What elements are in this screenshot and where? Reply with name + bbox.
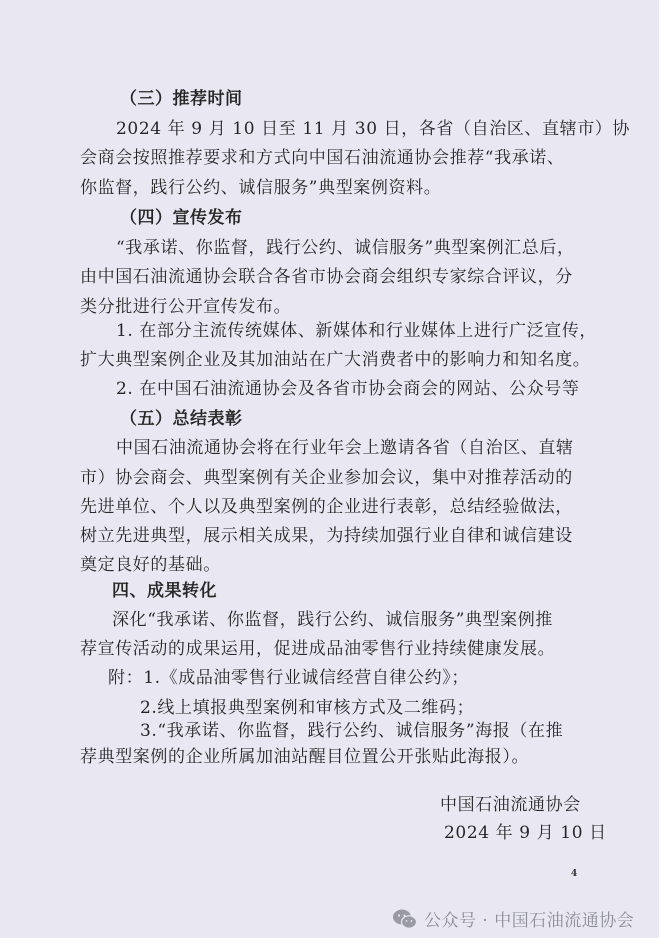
paragraph-line: 深化“我承诺、你监督，践行公约、诚信服务”典型案例推 bbox=[112, 609, 553, 631]
paragraph-line: 先进单位、个人以及典型案例的企业进行表彰，总结经验做法， bbox=[80, 496, 573, 518]
paragraph-line: 奠定良好的基础。 bbox=[80, 554, 221, 576]
section-heading-publicity: （四）宣传发布 bbox=[120, 207, 243, 229]
page-number: 4 bbox=[571, 869, 577, 879]
attachment-line: 3.“我承诺、你监督，践行公约、诚信服务”海报（在推 bbox=[140, 720, 563, 742]
attachment-line: 2.线上填报典型案例和审核方式及二维码； bbox=[140, 697, 474, 719]
paragraph-line: 类分批进行公开宣传发布。 bbox=[80, 296, 291, 318]
wechat-watermark: 公众号 · 中国石油流通协会 bbox=[392, 906, 634, 931]
paragraph-line: 2024 年 9 月 10 日至 11 月 30 日，各省（自治区、直辖市）协 bbox=[116, 118, 630, 140]
document-page: （三）推荐时间 2024 年 9 月 10 日至 11 月 30 日，各省（自治… bbox=[0, 0, 659, 938]
paragraph-line: 荐宣传活动的成果运用，促进成品油零售行业持续健康发展。 bbox=[80, 638, 555, 660]
paragraph-line: 会商会按照推荐要求和方式向中国石油流通协会推荐“我承诺、 bbox=[80, 147, 565, 169]
paragraph-line: 树立先进典型，展示相关成果，为持续加强行业自律和诚信建设 bbox=[80, 525, 573, 547]
paragraph-line: 市）协会商会、典型案例有关企业参加会议，集中对推荐活动的 bbox=[80, 467, 573, 489]
signature-date: 2024 年 9 月 10 日 bbox=[444, 822, 607, 844]
section-heading-recommend-time: （三）推荐时间 bbox=[120, 88, 243, 110]
paragraph-line: 1. 在部分主流传统媒体、新媒体和行业媒体上进行广泛宣传， bbox=[116, 320, 597, 342]
watermark-text: 公众号 · 中国石油流通协会 bbox=[424, 906, 634, 931]
wechat-icon bbox=[392, 909, 418, 929]
paragraph-line: 中国石油流通协会将在行业年会上邀请各省（自治区、直辖 bbox=[116, 437, 574, 459]
paragraph-line: 2. 在中国石油流通协会及各省市协会商会的网站、公众号等 bbox=[116, 378, 579, 400]
section-heading-summary-commendation: （五）总结表彰 bbox=[120, 408, 243, 430]
section-heading-results: 四、成果转化 bbox=[112, 580, 217, 602]
paragraph-line: 扩大典型案例企业及其加油站在广大消费者中的影响力和知名度。 bbox=[80, 349, 590, 371]
attachment-line: 附：1.《成品油零售行业诚信经营自律公约》； bbox=[108, 667, 469, 689]
paragraph-line: 你监督，践行公约、诚信服务”典型案例资料。 bbox=[80, 177, 441, 199]
signature-org: 中国石油流通协会 bbox=[440, 794, 581, 816]
attachment-line: 荐典型案例的企业所属加油站醒目位置公开张贴此海报）。 bbox=[80, 746, 529, 768]
paragraph-line: “我承诺、你监督，践行公约、诚信服务”典型案例汇总后， bbox=[116, 237, 575, 259]
paragraph-line: 由中国石油流通协会联合各省市协会商会组织专家综合评议，分 bbox=[80, 266, 573, 288]
